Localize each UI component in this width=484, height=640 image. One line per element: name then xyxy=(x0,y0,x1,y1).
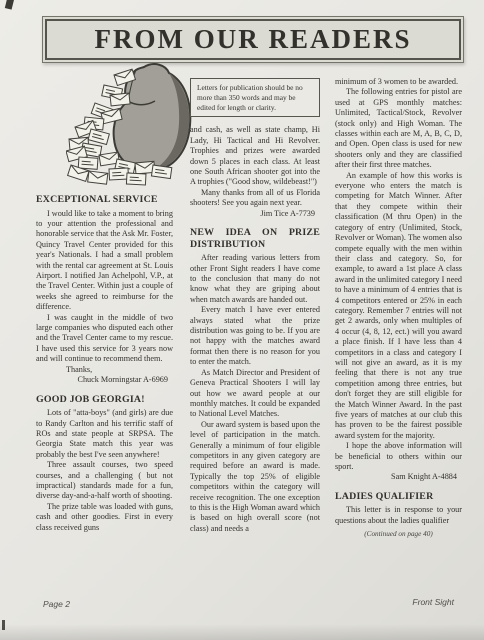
paragraph: I hope the above information will be ben… xyxy=(335,441,462,472)
page-title: FROM OUR READERS xyxy=(94,24,411,55)
section-heading: GOOD JOB GEORGIA! xyxy=(36,394,173,406)
column-middle: Letters for publication should be no mor… xyxy=(190,78,320,534)
editorial-notice: Letters for publication should be no mor… xyxy=(190,78,320,117)
signature-line: Sam Knight A-4884 xyxy=(335,472,462,482)
paragraph: The prize table was loaded with guns, ca… xyxy=(36,502,173,533)
paragraph: This letter is in response to your quest… xyxy=(335,505,462,526)
page-number: Page 2 xyxy=(43,599,70,609)
paragraph: After reading various letters from other… xyxy=(190,253,320,305)
publication-name: Front Sight xyxy=(412,597,454,607)
magazine-page: FROM OUR READERS xyxy=(0,0,484,640)
section-heading: LADIES QUALIFIER xyxy=(335,491,462,503)
continued-note: (Continued on page 40) xyxy=(335,530,462,539)
section-heading: NEW IDEA ON PRIZE DISTRIBUTION xyxy=(190,227,320,250)
paragraph: The following entries for pistol are use… xyxy=(335,87,462,170)
paragraph: Three assault courses, two speed courses… xyxy=(36,460,173,502)
paragraph: Many thanks from all of us Florida shoot… xyxy=(190,188,320,209)
closing-line: Thanks, xyxy=(36,365,173,375)
signature-line: Chuck Morningstar A-6969 xyxy=(36,375,173,385)
column-left: EXCEPTIONAL SERVICEI would like to take … xyxy=(36,194,173,533)
column-right: minimum of 3 women to be awarded.The fol… xyxy=(335,77,462,539)
paragraph-continuation: and cash, as well as state champ, Hi Lad… xyxy=(190,125,320,187)
scan-artifact xyxy=(5,0,14,10)
paragraph: An example of how this works is everyone… xyxy=(335,171,462,442)
section-heading: EXCEPTIONAL SERVICE xyxy=(36,194,173,206)
signature-line: Jim Tice A-7739 xyxy=(190,209,320,219)
paragraph: Every match I have ever entered always s… xyxy=(190,305,320,367)
paragraph: Lots of "atta-boys" (and girls) are due … xyxy=(36,408,173,460)
paragraph: I was caught in the middle of two large … xyxy=(36,313,173,365)
paragraph: Our award system is based upon the level… xyxy=(190,420,320,534)
paragraph: I would like to take a moment to bring t… xyxy=(36,209,173,313)
paragraph-continuation: minimum of 3 women to be awarded. xyxy=(335,77,462,87)
mail-sack-illustration xyxy=(66,60,192,190)
section-banner: FROM OUR READERS xyxy=(42,16,464,63)
paragraph: As Match Director and President of Genev… xyxy=(190,368,320,420)
scan-artifact xyxy=(2,620,5,630)
